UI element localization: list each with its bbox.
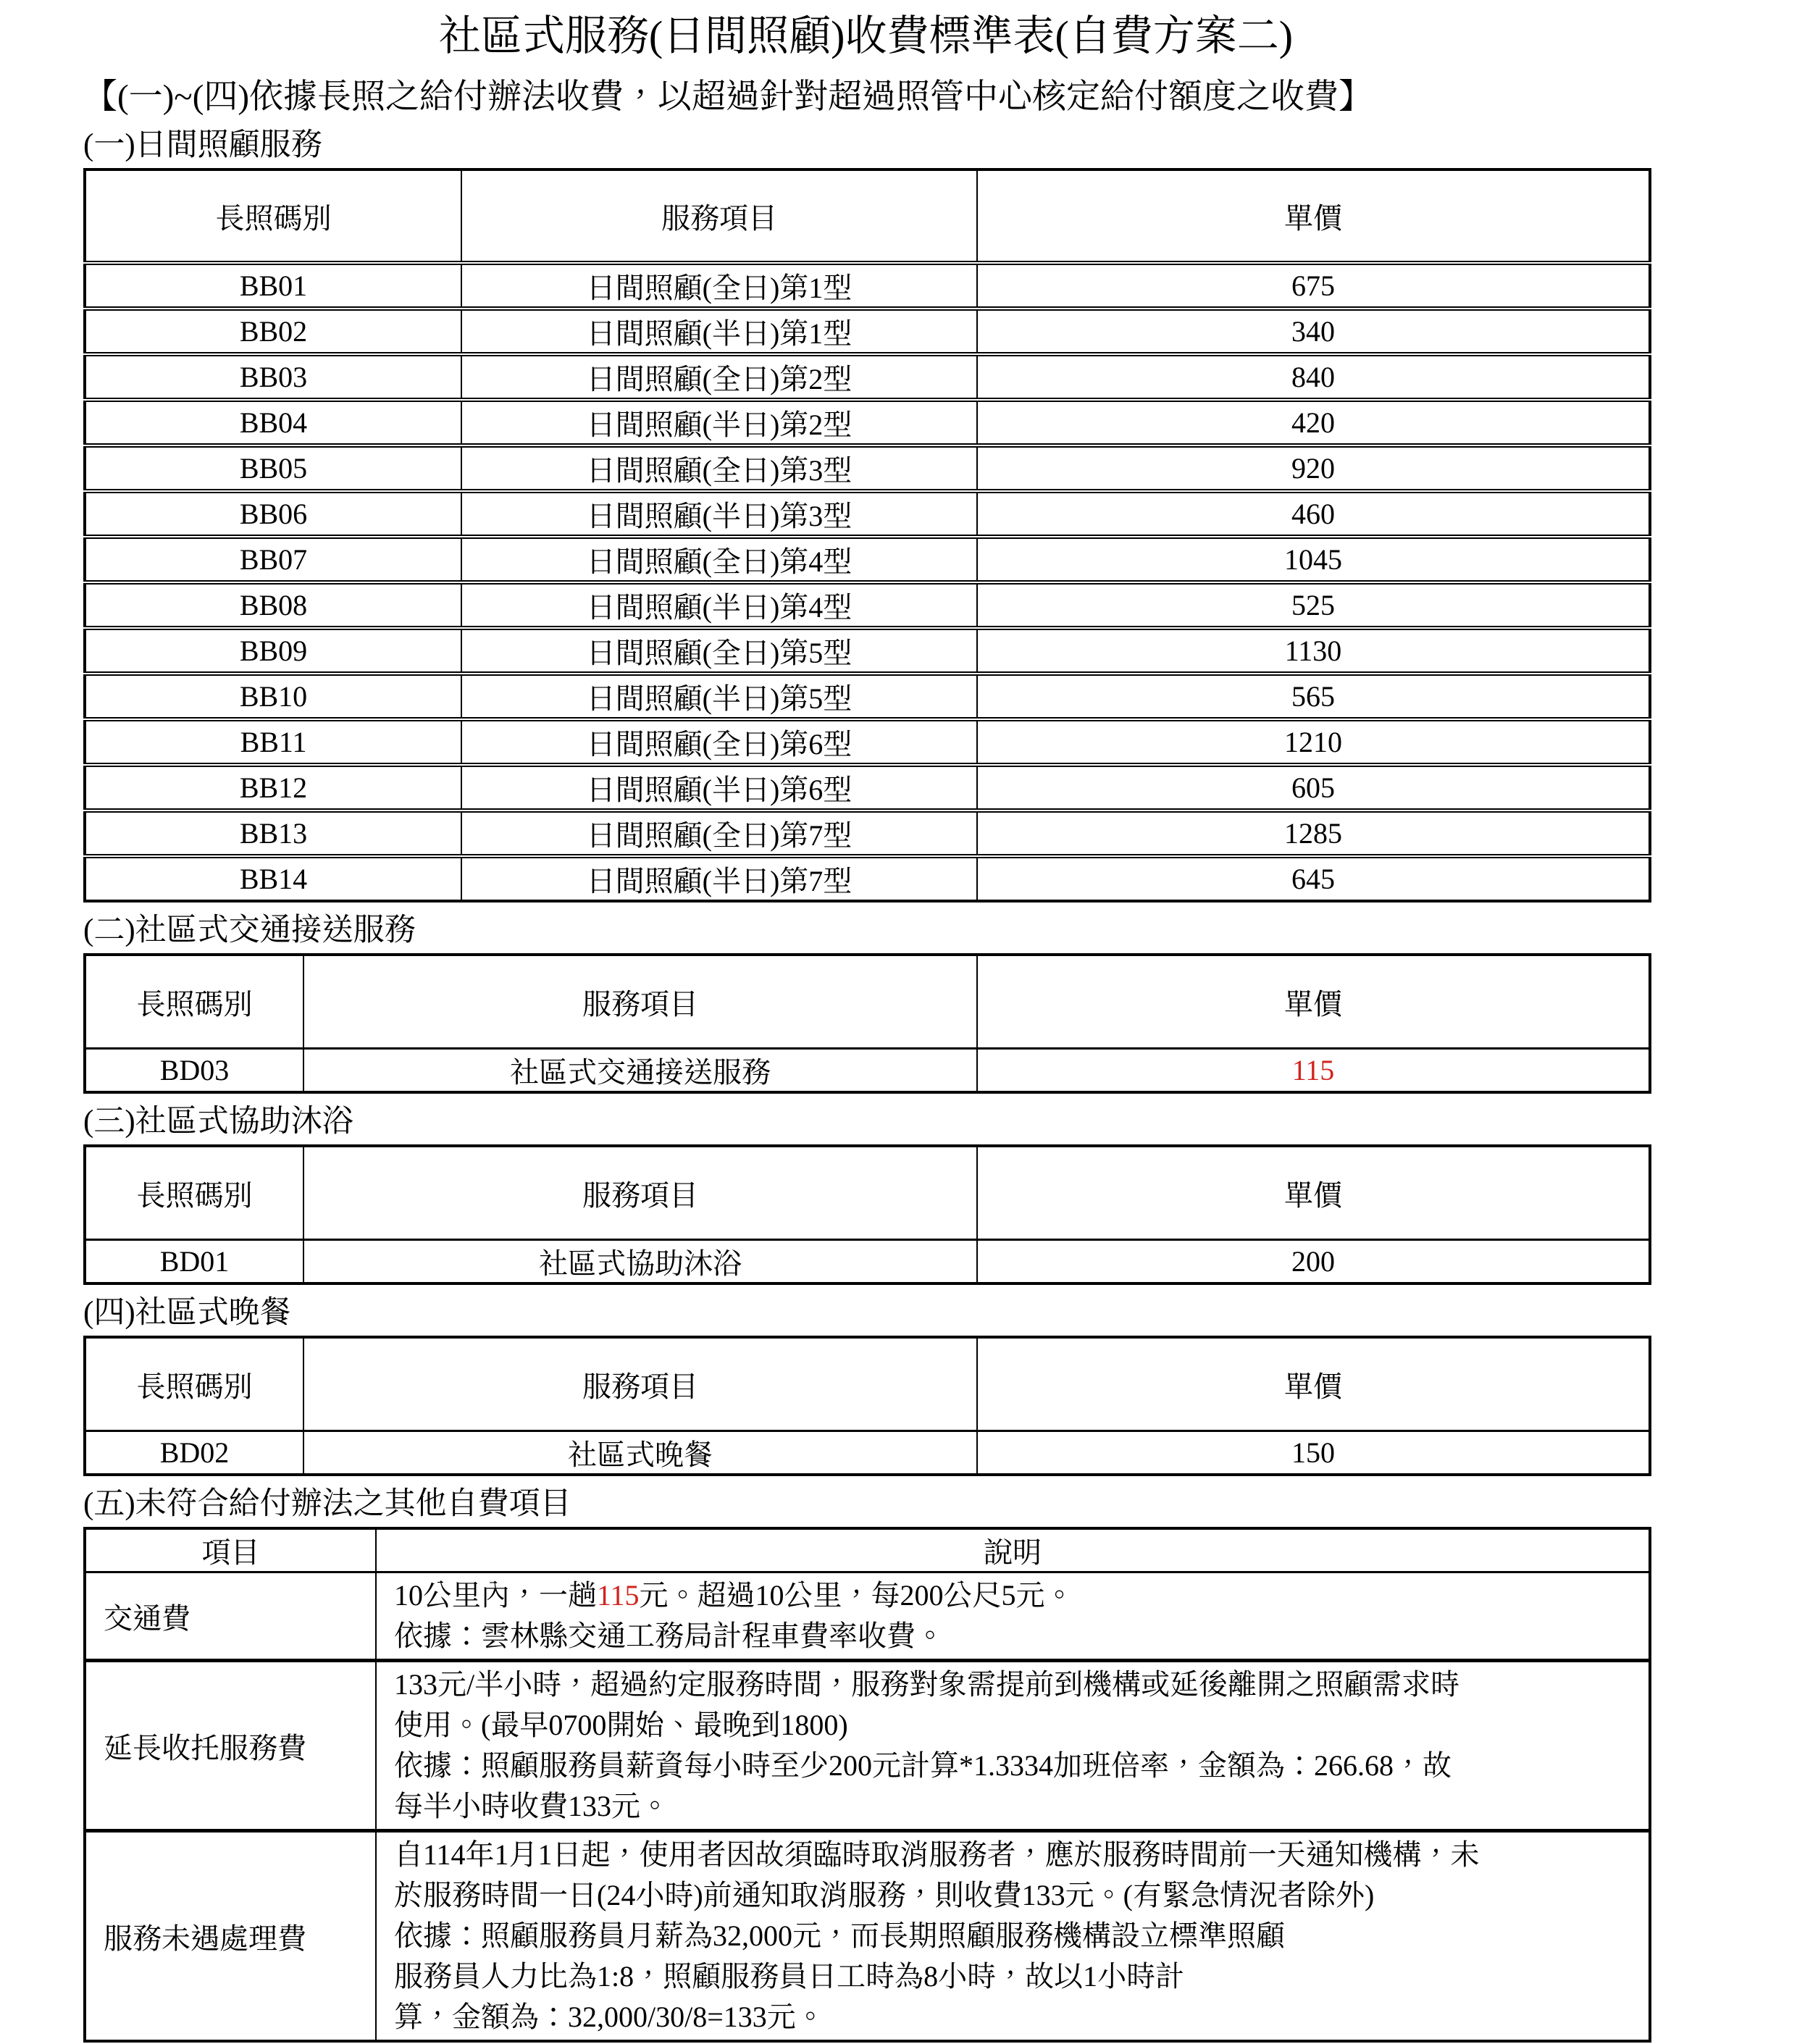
text-segment: 依據：雲林縣交通工務局計程車費率收費。 (394, 1620, 944, 1652)
document-title: 社區式服務(日間照顧)收費標準表(自費方案二) (83, 10, 1649, 62)
section-other-self-pay: (五)未符合給付辦法之其他自費項目 項目說明交通費10公里內，一趟115元。超過… (83, 1486, 1797, 2043)
fee-schedule-document: 社區式服務(日間照顧)收費標準表(自費方案二) 【(一)~(四)依據長照之給付辦… (0, 0, 1797, 2043)
text-segment: BB02 (240, 315, 307, 348)
unit-price-cell: 340 (977, 309, 1650, 354)
column-header: 長照碼別 (85, 1337, 303, 1431)
day-care-price-table: 長照碼別服務項目單價BB01日間照顧(全日)第1型675BB02日間照顧(半日)… (83, 168, 1651, 902)
text-segment: 525 (1291, 589, 1335, 621)
description-line: 算，金額為：32,000/30/8=133元。 (394, 1997, 1638, 2037)
code-cell: BB06 (85, 491, 461, 537)
text-segment: 日間照顧(半日)第4型 (587, 591, 853, 624)
unit-price-cell: 150 (977, 1431, 1650, 1475)
code-cell: BD01 (85, 1240, 303, 1284)
table-body: BD01社區式協助沐浴200 (85, 1240, 1650, 1284)
description-line: 10公里內，一趟115元。超過10公里，每200公尺5元。 (394, 1575, 1638, 1616)
column-header: 單價 (977, 1337, 1650, 1431)
text-segment: 340 (1291, 315, 1335, 348)
text-segment: BB05 (240, 452, 307, 485)
table-row: BD01社區式協助沐浴200 (85, 1240, 1650, 1284)
code-cell: BB01 (85, 263, 461, 309)
text-segment: BB12 (240, 771, 307, 804)
section-heading-dinner: (四)社區式晚餐 (83, 1295, 1797, 1331)
description-line: 依據：雲林縣交通工務局計程車費率收費。 (394, 1616, 1638, 1656)
fee-item-cell: 延長收托服務費 (85, 1661, 376, 1831)
table-row: BB01日間照顧(全日)第1型675 (85, 263, 1650, 309)
text-segment: 日間照顧(全日)第5型 (587, 637, 853, 669)
text-segment: 200 (1291, 1245, 1335, 1278)
unit-price-cell: 1285 (977, 811, 1650, 856)
table-header: 項目說明 (85, 1528, 1650, 1572)
service-item-cell: 日間照顧(全日)第7型 (461, 811, 977, 856)
text-segment: BB06 (240, 498, 307, 530)
service-item-cell: 日間照顧(半日)第6型 (461, 765, 977, 811)
table-row: 交通費10公里內，一趟115元。超過10公里，每200公尺5元。依據：雲林縣交通… (85, 1572, 1650, 1661)
unit-price-cell: 525 (977, 582, 1650, 628)
text-segment: 日間照顧(半日)第7型 (587, 865, 853, 897)
text-segment: 日間照顧(半日)第6型 (587, 774, 853, 806)
column-header: 服務項目 (303, 955, 977, 1049)
fee-description-cell: 133元/半小時，超過約定服務時間，服務對象需提前到機構或延後離開之照顧需求時使… (376, 1661, 1650, 1831)
table-row: BB06日間照顧(半日)第3型460 (85, 491, 1650, 537)
table-row: BD03社區式交通接送服務115 (85, 1049, 1650, 1093)
table-body: 交通費10公里內，一趟115元。超過10公里，每200公尺5元。依據：雲林縣交通… (85, 1572, 1650, 2042)
text-segment: 1210 (1284, 726, 1342, 758)
table-row: BD02社區式晚餐150 (85, 1431, 1650, 1475)
unit-price-cell: 460 (977, 491, 1650, 537)
column-header: 說明 (376, 1528, 1650, 1572)
header-row: 長照碼別服務項目單價 (85, 955, 1650, 1049)
text-segment: 420 (1291, 406, 1335, 439)
table-header: 長照碼別服務項目單價 (85, 1146, 1650, 1240)
column-header: 服務項目 (303, 1337, 977, 1431)
text-segment: BB11 (240, 726, 307, 758)
section-transport: (二)社區式交通接送服務 長照碼別服務項目單價BD03社區式交通接送服務115 (83, 913, 1797, 1094)
text-segment: BB04 (240, 406, 307, 439)
column-header: 單價 (977, 169, 1650, 263)
document-subtitle: 【(一)~(四)依據長照之給付辦法收費，以超過針對超過照管中心核定給付額度之收費… (83, 77, 1797, 117)
text-segment: BB14 (240, 863, 307, 895)
fee-item-cell: 服務未遇處理費 (85, 1831, 376, 2042)
text-segment: 1285 (1284, 817, 1342, 850)
code-cell: BB05 (85, 445, 461, 491)
code-cell: BB07 (85, 537, 461, 582)
transport-price-table: 長照碼別服務項目單價BD03社區式交通接送服務115 (83, 953, 1651, 1094)
text-segment: 日間照顧(半日)第2型 (587, 409, 853, 441)
text-segment: 自114年1月1日起，使用者因故須臨時取消服務者，應於服務時間前一天通知機構，未 (394, 1838, 1480, 1871)
code-cell: BB10 (85, 674, 461, 719)
table-row: BB03日間照顧(全日)第2型840 (85, 354, 1650, 400)
text-segment: 150 (1291, 1436, 1335, 1469)
highlighted-red-value: 115 (1292, 1054, 1335, 1086)
unit-price-cell: 1045 (977, 537, 1650, 582)
unit-price-cell: 115 (977, 1049, 1650, 1093)
service-item-cell: 日間照顧(全日)第3型 (461, 445, 977, 491)
description-line: 依據：照顧服務員月薪為32,000元，而長期照顧服務機構設立標準照顧 (394, 1916, 1638, 1956)
text-segment: 133元/半小時，超過約定服務時間，服務對象需提前到機構或延後離開之照顧需求時 (394, 1668, 1459, 1701)
text-segment: BD03 (160, 1054, 230, 1086)
column-header: 長照碼別 (85, 955, 303, 1049)
table-row: 延長收托服務費133元/半小時，超過約定服務時間，服務對象需提前到機構或延後離開… (85, 1661, 1650, 1831)
column-header: 單價 (977, 955, 1650, 1049)
service-item-cell: 日間照顧(半日)第4型 (461, 582, 977, 628)
text-segment: 社區式協助沐浴 (539, 1247, 742, 1280)
dinner-price-table: 長照碼別服務項目單價BD02社區式晚餐150 (83, 1336, 1651, 1476)
unit-price-cell: 565 (977, 674, 1650, 719)
table-row: BB14日間照顧(半日)第7型645 (85, 856, 1650, 901)
code-cell: BD02 (85, 1431, 303, 1475)
service-item-cell: 日間照顧(半日)第3型 (461, 491, 977, 537)
section-heading-bathing: (三)社區式協助沐浴 (83, 1104, 1797, 1140)
text-segment: 社區式交通接送服務 (510, 1056, 771, 1089)
fee-item-cell: 交通費 (85, 1572, 376, 1661)
column-header: 長照碼別 (85, 169, 461, 263)
section-dinner: (四)社區式晚餐 長照碼別服務項目單價BD02社區式晚餐150 (83, 1295, 1797, 1476)
table-row: BB12日間照顧(半日)第6型605 (85, 765, 1650, 811)
unit-price-cell: 420 (977, 400, 1650, 445)
service-item-cell: 日間照顧(全日)第5型 (461, 628, 977, 674)
section-heading-day-care: (一)日間照顧服務 (83, 127, 1797, 164)
service-item-cell: 日間照顧(全日)第1型 (461, 263, 977, 309)
description-line: 服務員人力比為1:8，照顧服務員日工時為8小時，故以1小時計 (394, 1956, 1638, 1997)
text-segment: 依據：照顧服務員薪資每小時至少200元計算*1.3334加班倍率，金額為：266… (394, 1749, 1452, 1782)
text-segment: 社區式晚餐 (568, 1438, 713, 1471)
text-segment: 645 (1291, 863, 1335, 895)
column-header: 單價 (977, 1146, 1650, 1240)
code-cell: BB04 (85, 400, 461, 445)
service-item-cell: 社區式交通接送服務 (303, 1049, 977, 1093)
text-segment: BB09 (240, 634, 307, 667)
text-segment: BD02 (160, 1436, 230, 1469)
unit-price-cell: 200 (977, 1240, 1650, 1284)
header-row: 長照碼別服務項目單價 (85, 169, 1650, 263)
text-segment: BB07 (240, 543, 307, 576)
table-header: 長照碼別服務項目單價 (85, 169, 1650, 263)
text-segment: 日間照顧(全日)第7型 (587, 819, 853, 852)
bathing-price-table: 長照碼別服務項目單價BD01社區式協助沐浴200 (83, 1144, 1651, 1285)
unit-price-cell: 675 (977, 263, 1650, 309)
text-segment: 1045 (1284, 543, 1342, 576)
text-segment: 依據：照顧服務員月薪為32,000元，而長期照顧服務機構設立標準照顧 (394, 1919, 1285, 1952)
text-segment: 10公里內，一趟 (394, 1579, 597, 1612)
code-cell: BB14 (85, 856, 461, 901)
table-row: BB09日間照顧(全日)第5型1130 (85, 628, 1650, 674)
text-segment: 日間照顧(全日)第3型 (587, 454, 853, 487)
service-item-cell: 日間照顧(全日)第6型 (461, 719, 977, 765)
service-item-cell: 社區式晚餐 (303, 1431, 977, 1475)
code-cell: BB11 (85, 719, 461, 765)
code-cell: BD03 (85, 1049, 303, 1093)
description-line: 每半小時收費133元。 (394, 1786, 1638, 1827)
text-segment: 日間照顧(半日)第5型 (587, 682, 853, 715)
text-segment: BB03 (240, 361, 307, 393)
unit-price-cell: 1130 (977, 628, 1650, 674)
table-row: BB04日間照顧(半日)第2型420 (85, 400, 1650, 445)
header-row: 長照碼別服務項目單價 (85, 1337, 1650, 1431)
column-header: 長照碼別 (85, 1146, 303, 1240)
other-self-pay-table: 項目說明交通費10公里內，一趟115元。超過10公里，每200公尺5元。依據：雲… (83, 1527, 1651, 2043)
table-row: 服務未遇處理費自114年1月1日起，使用者因故須臨時取消服務者，應於服務時間前一… (85, 1831, 1650, 2042)
header-row: 項目說明 (85, 1528, 1650, 1572)
text-segment: 於服務時間一日(24小時)前通知取消服務，則收費133元。(有緊急情況者除外) (394, 1879, 1374, 1911)
text-segment: 使用。(最早0700開始、最晚到1800) (394, 1709, 848, 1741)
table-row: BB08日間照顧(半日)第4型525 (85, 582, 1650, 628)
service-item-cell: 社區式協助沐浴 (303, 1240, 977, 1284)
code-cell: BB03 (85, 354, 461, 400)
text-segment: 460 (1291, 498, 1335, 530)
description-line: 使用。(最早0700開始、最晚到1800) (394, 1705, 1638, 1746)
text-segment: 算，金額為：32,000/30/8=133元。 (394, 2001, 825, 2033)
description-line: 自114年1月1日起，使用者因故須臨時取消服務者，應於服務時間前一天通知機構，未 (394, 1835, 1638, 1875)
fee-description-cell: 自114年1月1日起，使用者因故須臨時取消服務者，應於服務時間前一天通知機構，未… (376, 1831, 1650, 2042)
column-header: 服務項目 (461, 169, 977, 263)
text-segment: 元。超過10公里，每200公尺5元。 (640, 1579, 1074, 1612)
unit-price-cell: 840 (977, 354, 1650, 400)
code-cell: BB13 (85, 811, 461, 856)
text-segment: 日間照顧(全日)第1型 (587, 272, 853, 304)
code-cell: BB08 (85, 582, 461, 628)
code-cell: BB12 (85, 765, 461, 811)
text-segment: 605 (1291, 771, 1335, 804)
service-item-cell: 日間照顧(全日)第4型 (461, 537, 977, 582)
table-header: 長照碼別服務項目單價 (85, 955, 1650, 1049)
column-header: 服務項目 (303, 1146, 977, 1240)
highlighted-red-value: 115 (597, 1579, 640, 1612)
table-header: 長照碼別服務項目單價 (85, 1337, 1650, 1431)
text-segment: 565 (1291, 680, 1335, 713)
table-row: BB02日間照顧(半日)第1型340 (85, 309, 1650, 354)
description-line: 於服務時間一日(24小時)前通知取消服務，則收費133元。(有緊急情況者除外) (394, 1875, 1638, 1916)
text-segment: BD01 (160, 1245, 230, 1278)
table-row: BB07日間照顧(全日)第4型1045 (85, 537, 1650, 582)
table-body: BB01日間照顧(全日)第1型675BB02日間照顧(半日)第1型340BB03… (85, 263, 1650, 901)
unit-price-cell: 605 (977, 765, 1650, 811)
text-segment: 920 (1291, 452, 1335, 485)
service-item-cell: 日間照顧(半日)第5型 (461, 674, 977, 719)
section-heading-other-self-pay: (五)未符合給付辦法之其他自費項目 (83, 1486, 1797, 1522)
text-segment: 日間照顧(全日)第2型 (587, 363, 853, 395)
description-line: 133元/半小時，超過約定服務時間，服務對象需提前到機構或延後離開之照顧需求時 (394, 1664, 1638, 1705)
text-segment: BB10 (240, 680, 307, 713)
table-row: BB11日間照顧(全日)第6型1210 (85, 719, 1650, 765)
unit-price-cell: 1210 (977, 719, 1650, 765)
text-segment: BB13 (240, 817, 307, 850)
table-row: BB10日間照顧(半日)第5型565 (85, 674, 1650, 719)
unit-price-cell: 645 (977, 856, 1650, 901)
text-segment: 日間照顧(全日)第6型 (587, 728, 853, 761)
service-item-cell: 日間照顧(半日)第1型 (461, 309, 977, 354)
description-line: 依據：照顧服務員薪資每小時至少200元計算*1.3334加班倍率，金額為：266… (394, 1746, 1638, 1786)
section-day-care: (一)日間照顧服務 長照碼別服務項目單價BB01日間照顧(全日)第1型675BB… (83, 127, 1797, 902)
text-segment: BB01 (240, 269, 307, 302)
text-segment: 1130 (1285, 634, 1342, 667)
text-segment: 日間照顧(半日)第3型 (587, 500, 853, 532)
service-item-cell: 日間照顧(全日)第2型 (461, 354, 977, 400)
service-item-cell: 日間照顧(半日)第7型 (461, 856, 977, 901)
text-segment: 每半小時收費133元。 (394, 1790, 669, 1822)
text-segment: 日間照顧(全日)第4型 (587, 545, 853, 578)
table-body: BD03社區式交通接送服務115 (85, 1049, 1650, 1093)
table-row: BB13日間照顧(全日)第7型1285 (85, 811, 1650, 856)
service-item-cell: 日間照顧(半日)第2型 (461, 400, 977, 445)
text-segment: 675 (1291, 269, 1335, 302)
fee-description-cell: 10公里內，一趟115元。超過10公里，每200公尺5元。依據：雲林縣交通工務局… (376, 1572, 1650, 1661)
section-bathing: (三)社區式協助沐浴 長照碼別服務項目單價BD01社區式協助沐浴200 (83, 1104, 1797, 1285)
text-segment: 840 (1291, 361, 1335, 393)
column-header: 項目 (85, 1528, 376, 1572)
table-body: BD02社區式晚餐150 (85, 1431, 1650, 1475)
section-heading-transport: (二)社區式交通接送服務 (83, 913, 1797, 949)
text-segment: 服務員人力比為1:8，照顧服務員日工時為8小時，故以1小時計 (394, 1960, 1184, 1993)
unit-price-cell: 920 (977, 445, 1650, 491)
code-cell: BB02 (85, 309, 461, 354)
text-segment: BB08 (240, 589, 307, 621)
table-row: BB05日間照顧(全日)第3型920 (85, 445, 1650, 491)
text-segment: 日間照顧(半日)第1型 (587, 317, 853, 350)
header-row: 長照碼別服務項目單價 (85, 1146, 1650, 1240)
code-cell: BB09 (85, 628, 461, 674)
